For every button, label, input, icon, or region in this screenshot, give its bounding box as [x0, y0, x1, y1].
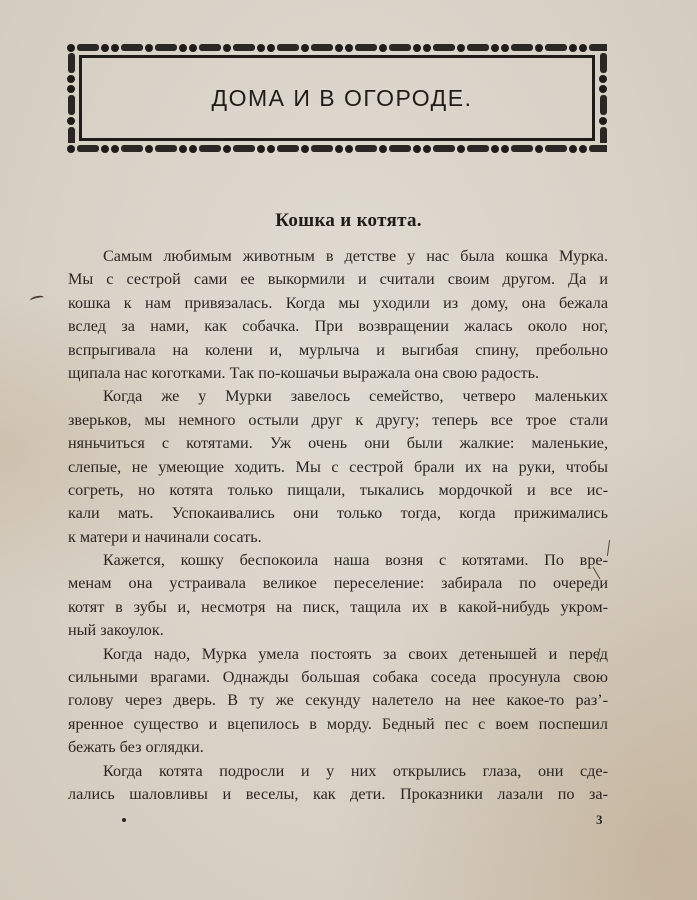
border-ornament [599, 117, 607, 125]
border-ornament [68, 53, 75, 73]
border-ornament [199, 44, 221, 51]
border-ornament [257, 44, 265, 52]
border-ornament [535, 145, 543, 153]
border-ornament [179, 145, 187, 153]
border-ornament [67, 85, 75, 93]
border-ornament [233, 44, 255, 51]
border-ornament [599, 85, 607, 93]
border-ornament [335, 145, 343, 153]
border-ornament [379, 145, 387, 153]
border-ornament [121, 44, 143, 51]
border-ornament [189, 145, 197, 153]
border-ornament [301, 44, 309, 52]
section-title: ДОМА И В ОГОРОДЕ. [212, 85, 473, 112]
border-ornament [199, 145, 221, 152]
border-ornament [257, 145, 265, 153]
border-ornament [267, 44, 275, 52]
border-ornament [223, 145, 231, 153]
text-line: Когда котята подросли и у них открылись … [68, 760, 608, 783]
border-ornament [501, 44, 509, 52]
border-ornament [267, 145, 275, 153]
border-ornament [335, 44, 343, 52]
text-line: слепые, не умеющие ходить. Мы с сестрой … [68, 456, 608, 479]
border-ornament [600, 127, 607, 143]
border-ornament [301, 145, 309, 153]
border-ornament [491, 145, 499, 153]
ornamental-border-left [67, 53, 75, 143]
text-line: Мы с сестрой сами ее выкормили и считали… [68, 268, 608, 291]
border-ornament [579, 145, 587, 153]
border-ornament [389, 44, 411, 51]
border-ornament [233, 145, 255, 152]
text-line: ный закоулок. [68, 619, 608, 642]
text-line: сильными врагами. Однажды большая собака… [68, 666, 608, 689]
article-body: Самым любимым животным в детстве у нас б… [68, 245, 608, 806]
text-line: яренное существо и вцепилось в морду. Бе… [68, 713, 608, 736]
border-ornament [355, 44, 377, 51]
border-ornament [433, 145, 455, 152]
border-ornament [423, 145, 431, 153]
border-ornament [511, 145, 533, 152]
text-line: котят в зубы и, несмотря на писк, тащила… [68, 596, 608, 619]
border-ornament [111, 44, 119, 52]
border-ornament [569, 145, 577, 153]
border-ornament [423, 44, 431, 52]
pencil-margin-mark [30, 295, 45, 304]
book-page: ДОМА И В ОГОРОДЕ. Кошка и котята. Самым … [0, 0, 697, 900]
border-ornament [345, 44, 353, 52]
border-ornament [345, 145, 353, 153]
border-ornament [311, 44, 333, 51]
border-ornament [569, 44, 577, 52]
page-number: 3 [596, 812, 603, 828]
text-line: менам она устраивала великое переселение… [68, 572, 608, 595]
article-title: Кошка и котята. [0, 210, 697, 232]
border-ornament [277, 145, 299, 152]
border-ornament [413, 145, 421, 153]
border-ornament [68, 95, 75, 115]
border-ornament [145, 44, 153, 52]
border-ornament [68, 127, 75, 143]
border-ornament [467, 44, 489, 51]
border-ornament [77, 44, 99, 51]
text-line: бежать без оглядки. [68, 736, 608, 759]
border-ornament [67, 145, 75, 153]
border-ornament [413, 44, 421, 52]
border-ornament [389, 145, 411, 152]
border-ornament [189, 44, 197, 52]
text-line: Самым любимым животным в детстве у нас б… [68, 245, 608, 268]
border-ornament [491, 44, 499, 52]
section-title-box: ДОМА И В ОГОРОДЕ. [79, 55, 595, 141]
text-line: кошка к нам привязалась. Когда мы уходил… [68, 292, 608, 315]
border-ornament [223, 44, 231, 52]
text-line: Когда надо, Мурка умела постоять за свои… [68, 643, 608, 666]
ornamental-border-bottom [67, 144, 607, 153]
border-ornament [433, 44, 455, 51]
text-line: к матери и начинали сосать. [68, 526, 608, 549]
border-ornament [600, 53, 607, 73]
text-line: голову через дверь. В ту же секунду нале… [68, 689, 608, 712]
text-line: вспрыгивала на колени и, мурлыча и выгиб… [68, 339, 608, 362]
text-line: согреть, но котята только пищали, тыкали… [68, 479, 608, 502]
border-ornament [467, 145, 489, 152]
border-ornament [111, 145, 119, 153]
border-ornament [155, 145, 177, 152]
footer-dot-mark [122, 818, 126, 822]
border-ornament [545, 44, 567, 51]
border-ornament [277, 44, 299, 51]
border-ornament [589, 44, 607, 51]
text-line: лались шаловливы и веселы, как дети. Про… [68, 783, 608, 806]
border-ornament [545, 145, 567, 152]
border-ornament [599, 75, 607, 83]
border-ornament [379, 44, 387, 52]
section-header-frame: ДОМА И В ОГОРОДЕ. [67, 43, 607, 153]
border-ornament [457, 145, 465, 153]
border-ornament [155, 44, 177, 51]
border-ornament [579, 44, 587, 52]
border-ornament [311, 145, 333, 152]
border-ornament [67, 75, 75, 83]
border-ornament [67, 117, 75, 125]
ornamental-border-top [67, 43, 607, 52]
border-ornament [600, 95, 607, 115]
ornamental-border-right [599, 53, 607, 143]
border-ornament [101, 44, 109, 52]
border-ornament [501, 145, 509, 153]
border-ornament [145, 145, 153, 153]
border-ornament [121, 145, 143, 152]
text-line: няньчиться с котятами. Уж очень они были… [68, 432, 608, 455]
text-line: щипала нас коготками. Так по-кошачьи выр… [68, 362, 608, 385]
border-ornament [511, 44, 533, 51]
border-ornament [77, 145, 99, 152]
border-ornament [67, 44, 75, 52]
text-line: Когда же у Мурки завелось семейство, чет… [68, 385, 608, 408]
border-ornament [535, 44, 543, 52]
text-line: кали мать. Успокаивались они только тогд… [68, 502, 608, 525]
text-line: вслед за нами, как собачка. При возвраще… [68, 315, 608, 338]
text-line: Кажется, кошку беспокоила наша возня с к… [68, 549, 608, 572]
border-ornament [179, 44, 187, 52]
border-ornament [457, 44, 465, 52]
border-ornament [355, 145, 377, 152]
border-ornament [101, 145, 109, 153]
border-ornament [589, 145, 607, 152]
text-line: зверьков, мы немного остыли друг к другу… [68, 409, 608, 432]
